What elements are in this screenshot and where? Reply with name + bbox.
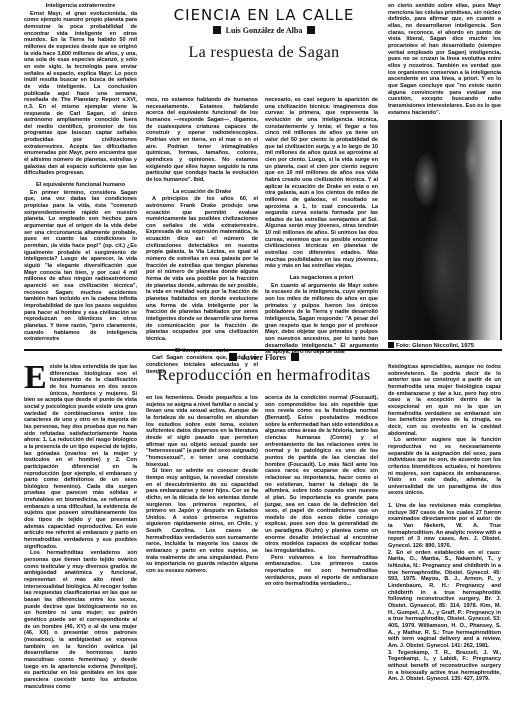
paragraph: en los femeninos. Desde pequeños a los s… <box>146 395 258 468</box>
square-bullet-icon <box>229 353 237 361</box>
paragraph: En primer término, considera Sagan que, … <box>24 190 137 343</box>
subheading: Las negaciones a priori <box>265 275 378 282</box>
reference: 2. En el orden establecido en el caso: N… <box>388 550 501 650</box>
article-divider <box>24 349 502 351</box>
subheading: El equivalente funcional humano <box>24 182 137 189</box>
square-bullet-icon <box>388 342 394 348</box>
article2-column-4: fisiológicas apreciables, aunque no todo… <box>388 364 501 683</box>
subheading: La ecuación de Drake <box>146 189 258 196</box>
paragraph: necesario, es casi seguro la aparición d… <box>265 97 378 270</box>
article2-column-1: Existe la idea extendida de que las dife… <box>24 364 137 690</box>
paragraph: en cierto sentido sobre ellas, pues Mayr… <box>388 3 501 116</box>
reference: 3. Tegenkamp, T. R., Brazzell, J. W., Te… <box>388 650 501 683</box>
paragraph: Pero volvamos a los hermafroditas embara… <box>265 555 378 588</box>
reference: 1. Una de las revisiones más completas i… <box>388 503 501 550</box>
paragraph: Los hermafroditas verdaderos son persona… <box>24 550 137 690</box>
article2-byline: Javier Flores <box>0 353 528 362</box>
paragraph: Ernst Mayr, el gran evolucionista, da co… <box>24 11 137 177</box>
paragraph: mos, no estamos hablando de humanos nece… <box>146 97 258 184</box>
square-bullet-icon <box>213 26 221 34</box>
square-bullet-icon <box>307 26 315 34</box>
paragraph: acerca de la condición normal (Foucault)… <box>265 395 378 555</box>
square-bullet-icon <box>291 353 299 361</box>
drop-cap: E <box>24 365 47 391</box>
article1-column-3: necesario, es casi seguro la aparición d… <box>265 97 378 356</box>
paragraph: En cuanto al argumento de Mayr sobre la … <box>265 283 378 356</box>
subheading: Inteligencia extraterrestre <box>24 3 137 10</box>
paragraph: A principios de los años 60, el astrónom… <box>146 196 258 342</box>
photo-caption: Foto: Glenon Niccolini, 1975 <box>388 342 474 349</box>
author-name: Luis González de Alba <box>226 26 303 35</box>
paragraph: Existe la idea extendida de que las dife… <box>24 364 137 550</box>
article2-column-2: en los femeninos. Desde pequeños a los s… <box>146 395 258 575</box>
article1-column-2: mos, no estamos hablando de humanos nece… <box>146 97 258 375</box>
photo-border <box>500 120 502 340</box>
author-name: Javier Flores <box>242 353 286 362</box>
sculpture-photo <box>388 120 500 340</box>
paragraph: Lo anterior sugiere que la función repro… <box>388 437 501 497</box>
article1-column-4: en cierto sentido sobre ellas, pues Mayr… <box>388 3 501 116</box>
paragraph: Si bien se admite es conocer desde tiemp… <box>146 468 258 575</box>
article2-column-3: acerca de la condición normal (Foucault)… <box>265 395 378 588</box>
article1-column-1: Inteligencia extraterrestre Ernst Mayr, … <box>24 3 137 343</box>
paragraph: fisiológicas apreciables, aunque no todo… <box>388 364 501 437</box>
